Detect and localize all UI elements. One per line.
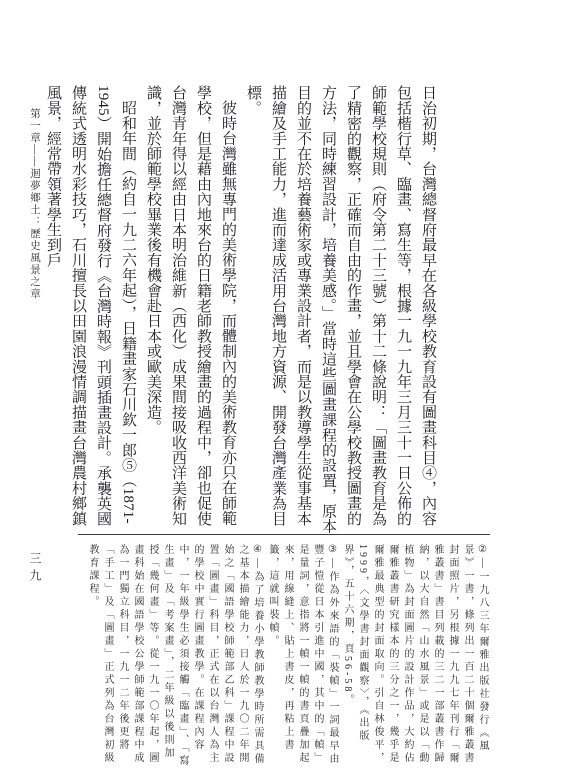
footnote: ③—作為外來語的「裝幀」一詞最早由豐子愷從日本引進中國，其中的「幀」是量詞，意指… xyxy=(265,544,340,772)
footnotes-block: ②—一九八三年爾雅出版社發行《風景》一書，條列出一百二十個爾雅叢書封面照片，另根… xyxy=(85,544,490,772)
book-page: 第一章——迴夢鄉土：歷史風景之章 日治初期，台灣總督府最早在各級學校教育設有圖畫… xyxy=(0,0,570,772)
footnote: ④—為了培養小學教師教學時所需具備之基本描繪能力，日人於一九〇二年開始之「國語學… xyxy=(85,544,265,772)
paragraph: 日治初期，台灣總督府最早在各級學校教育設有圖畫科目④，內容包括楷行草、臨畫、寫生… xyxy=(240,85,440,537)
main-text-block: 日治初期，台灣總督府最早在各級學校教育設有圖畫科目④，內容包括楷行草、臨畫、寫生… xyxy=(40,85,440,537)
footnote-divider xyxy=(78,534,490,535)
paragraph: 彼時台灣雖無專門的美術學院，而體制內的美術教育亦只在師範學校，但是藉由內地來台的… xyxy=(140,85,240,537)
page-number: 三九 xyxy=(27,552,44,586)
footnote: ②—一九八三年爾雅出版社發行《風景》一書，條列出一百二十個爾雅叢書封面照片，另根… xyxy=(340,544,490,772)
chapter-title: 第一章——迴夢鄉土：歷史風景之章 xyxy=(29,108,40,300)
paragraph: 昭和年間（約自一九二六年起），日籍畫家石川欽一郎⑤（1871-1945）開始擔任… xyxy=(40,85,140,537)
